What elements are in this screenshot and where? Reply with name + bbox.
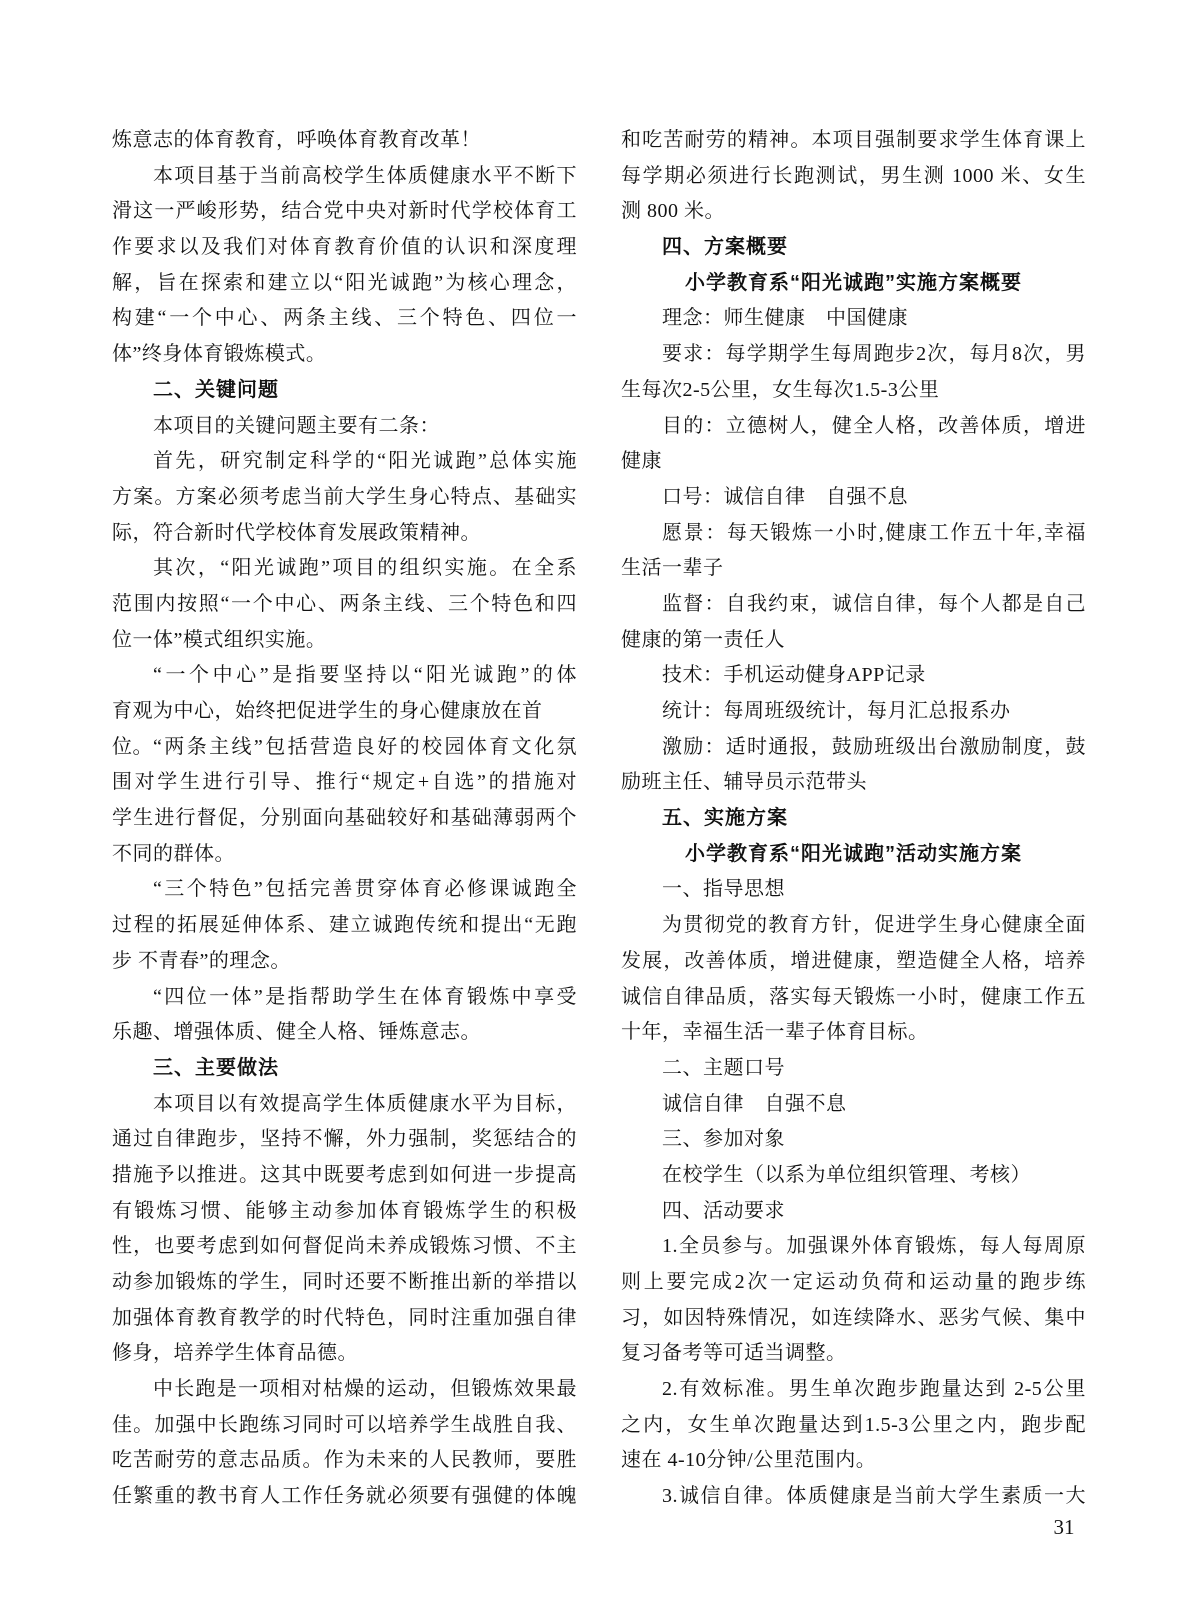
text-line-content: 本项目以有效提高学生体质健康水平为目标，: [153, 1093, 577, 1115]
page-number: 31: [1040, 1512, 1088, 1542]
text-line: 小学教育系“阳光诚跑”实施方案概要: [621, 266, 1086, 302]
text-line-content: 炼意志的体育教育，呼唤体育教育改革！: [112, 129, 481, 151]
text-line-content: 在校学生（以系为单位组织管理、考核）: [662, 1164, 1031, 1186]
text-line-content: 滑这一严峻形势，结合党中央对新时代学校体育工: [112, 200, 577, 222]
text-line-content: 一、指导思想: [662, 878, 785, 900]
text-line-content: 生活一辈子: [621, 557, 724, 579]
text-line-content: 生每次2-5公里，女生每次1.5-3公里: [621, 379, 939, 401]
text-line-content: 首先，研究制定科学的“阳光诚跑”总体实施: [153, 450, 577, 472]
text-line-content: 目的：立德树人，健全人格，改善体质，增进: [662, 415, 1086, 437]
text-line: 加强体育教育教学的时代特色，同时注重加强自律: [112, 1301, 577, 1337]
text-line-content: 二、主题口号: [662, 1057, 785, 1079]
text-line-content: 佳。加强中长跑练习同时可以培养学生战胜自我、: [112, 1414, 577, 1436]
text-line-content: 围对学生进行引导、推行“规定+自选”的措施对: [112, 771, 577, 793]
text-line-content: 修身，培养学生体育品德。: [112, 1342, 358, 1364]
text-line-content: 范围内按照“一个中心、两条主线、三个特色和四: [112, 593, 577, 615]
text-line: 健康的第一责任人: [621, 623, 1086, 659]
text-line-content: 不同的群体。: [112, 843, 235, 865]
text-line-content: 技术：手机运动健身APP记录: [662, 664, 926, 686]
text-line-content: 通过自律跑步，坚持不懈，外力强制，奖惩结合的: [112, 1128, 577, 1150]
text-line-content: 励班主任、辅导员示范带头: [621, 771, 867, 793]
text-line-content: 诚信自律品质，落实每天锻炼一小时，健康工作五: [621, 986, 1086, 1008]
text-line-content: 之内，女生单次跑量达到1.5-3公里之内，跑步配: [621, 1414, 1086, 1436]
text-line-content: 二、关键问题: [153, 379, 279, 401]
text-line-content: 则上要完成2次一定运动负荷和运动量的跑步练: [621, 1271, 1086, 1293]
text-line: 愿景：每天锻炼一小时,健康工作五十年,幸福: [621, 516, 1086, 552]
text-line: 五、实施方案: [621, 801, 1086, 837]
text-line-content: 诚信自律 自强不息: [662, 1093, 847, 1115]
text-line-content: 统计：每周班级统计，每月汇总报系办: [662, 700, 1011, 722]
text-line: “两条主线”包括营造良好的校园体育文化氛: [112, 730, 577, 766]
text-line: 范围内按照“一个中心、两条主线、三个特色和四: [112, 587, 577, 623]
text-line-content: 措施予以推进。这其中既要考虑到如何进一步提高: [112, 1164, 577, 1186]
text-line: 四、方案概要: [621, 230, 1086, 266]
text-line-content: 要求：每学期学生每周跑步2次，每月8次，男: [662, 343, 1086, 365]
text-line-content: 本项目基于当前高校学生体质健康水平不断下: [153, 165, 577, 187]
text-line-content: 作要求以及我们对体育教育价值的认识和深度理: [112, 236, 577, 258]
text-line: 十年，幸福生活一辈子体育目标。: [621, 1015, 1086, 1051]
text-line-content: 激励：适时通报，鼓励班级出台激励制度，鼓: [662, 736, 1086, 758]
text-line-content: 动参加锻炼的学生，同时还要不断推出新的举措以: [112, 1271, 577, 1293]
text-line-content: 愿景：每天锻炼一小时,健康工作五十年,幸福: [662, 522, 1086, 544]
text-line: 修身，培养学生体育品德。: [112, 1336, 577, 1372]
text-line-content: 学生进行督促，分别面向基础较好和基础薄弱两个: [112, 807, 577, 829]
text-line: 通过自律跑步，坚持不懈，外力强制，奖惩结合的: [112, 1122, 577, 1158]
left-column: 炼意志的体育教育，呼唤体育教育改革！ 本项目基于当前高校学生体质健康水平不断下 …: [112, 123, 577, 1515]
text-line: 健康: [621, 444, 1086, 480]
text-line: 为贯彻党的教育方针，促进学生身心健康全面: [621, 908, 1086, 944]
document-page: 炼意志的体育教育，呼唤体育教育改革！ 本项目基于当前高校学生体质健康水平不断下 …: [0, 0, 1191, 1616]
text-line: 本项目基于当前高校学生体质健康水平不断下: [112, 159, 577, 195]
text-line-content: 性，也要考虑到如何督促尚未养成锻炼习惯、不主: [112, 1235, 577, 1257]
text-line-content: 过程的拓展延伸体系、建立诚跑传统和提出“无跑: [112, 914, 577, 936]
text-line: 不同的群体。: [112, 837, 577, 873]
text-line-content: 为贯彻党的教育方针，促进学生身心健康全面: [662, 914, 1086, 936]
text-line: 四、活动要求: [621, 1194, 1086, 1230]
text-line: 有锻炼习惯、能够主动参加体育锻炼学生的积极: [112, 1194, 577, 1230]
right-column: 和吃苦耐劳的精神。本项目强制要求学生体育课上 每学期必须进行长跑测试，男生测 1…: [621, 123, 1086, 1515]
text-line-content: “一个中心”是指要坚持以“阳光诚跑”的体: [153, 664, 577, 686]
text-line: 炼意志的体育教育，呼唤体育教育改革！: [112, 123, 577, 159]
text-line: 措施予以推进。这其中既要考虑到如何进一步提高: [112, 1158, 577, 1194]
text-line: 生每次2-5公里，女生每次1.5-3公里: [621, 373, 1086, 409]
text-line: “三个特色”包括完善贯穿体育必修课诚跑全: [112, 872, 577, 908]
text-line-content: 1.全员参与。加强课外体育锻炼，每人每周原: [662, 1235, 1086, 1257]
text-line: 激励：适时通报，鼓励班级出台激励制度，鼓: [621, 730, 1086, 766]
text-line: 要求：每学期学生每周跑步2次，每月8次，男: [621, 337, 1086, 373]
text-line: 测 800 米。: [621, 194, 1086, 230]
text-line-content: “两条主线”包括营造良好的校园体育文化氛: [153, 736, 577, 758]
text-line: 励班主任、辅导员示范带头: [621, 765, 1086, 801]
text-line-content: 速在 4-10分钟/公里范围内。: [621, 1449, 876, 1471]
text-line: 解，旨在探索和建立以“阳光诚跑”为核心理念，: [112, 266, 577, 302]
text-line-content: 五、实施方案: [662, 807, 788, 829]
text-line: 佳。加强中长跑练习同时可以培养学生战胜自我、: [112, 1408, 577, 1444]
text-line: 滑这一严峻形势，结合党中央对新时代学校体育工: [112, 194, 577, 230]
text-line: 步 不青春”的理念。: [112, 944, 577, 980]
text-line: 2.有效标准。男生单次跑步跑量达到 2-5公里: [621, 1372, 1086, 1408]
text-line: 学生进行督促，分别面向基础较好和基础薄弱两个: [112, 801, 577, 837]
text-line: 诚信自律品质，落实每天锻炼一小时，健康工作五: [621, 980, 1086, 1016]
text-line: 三、参加对象: [621, 1122, 1086, 1158]
text-line: 小学教育系“阳光诚跑”活动实施方案: [621, 837, 1086, 873]
text-line-content: “四位一体”是指帮助学生在体育锻炼中享受: [153, 986, 577, 1008]
text-line: 性，也要考虑到如何督促尚未养成锻炼习惯、不主: [112, 1229, 577, 1265]
text-line-content: 测 800 米。: [621, 200, 725, 222]
text-line: 其次，“阳光诚跑”项目的组织实施。在全系: [112, 551, 577, 587]
text-line-content: 健康: [621, 450, 662, 472]
text-line-content: 本项目的关键问题主要有二条：: [153, 415, 440, 437]
text-line-content: 复习备考等可适当调整。: [621, 1342, 847, 1364]
text-line-content: 其次，“阳光诚跑”项目的组织实施。在全系: [153, 557, 577, 579]
text-line-content: 3.诚信自律。体质健康是当前大学生素质一大: [662, 1485, 1086, 1507]
text-line: 位一体”模式组织实施。: [112, 623, 577, 659]
text-line: 作要求以及我们对体育教育价值的认识和深度理: [112, 230, 577, 266]
text-line-content: 四、方案概要: [662, 236, 788, 258]
text-line: 乐趣、增强体质、健全人格、锤炼意志。: [112, 1015, 577, 1051]
text-line: 技术：手机运动健身APP记录: [621, 658, 1086, 694]
text-line: 发展，改善体质，增进健康，塑造健全人格，培养: [621, 944, 1086, 980]
text-line: 监督：自我约束，诚信自律，每个人都是自己: [621, 587, 1086, 623]
text-line: 3.诚信自律。体质健康是当前大学生素质一大: [621, 1479, 1086, 1515]
text-line: “四位一体”是指帮助学生在体育锻炼中享受: [112, 980, 577, 1016]
text-line-content: 口号：诚信自律 自强不息: [662, 486, 908, 508]
text-line-content: 十年，幸福生活一辈子体育目标。: [621, 1021, 929, 1043]
text-line: 目的：立德树人，健全人格，改善体质，增进: [621, 409, 1086, 445]
text-line: 理念：师生健康 中国健康: [621, 301, 1086, 337]
text-line: 方案。方案必须考虑当前大学生身心特点、基础实: [112, 480, 577, 516]
text-line-content: 乐趣、增强体质、健全人格、锤炼意志。: [112, 1021, 481, 1043]
text-line-content: “三个特色”包括完善贯穿体育必修课诚跑全: [153, 878, 577, 900]
text-line: 口号：诚信自律 自强不息: [621, 480, 1086, 516]
text-line: 二、关键问题: [112, 373, 577, 409]
text-line: 每学期必须进行长跑测试，男生测 1000 米、女生: [621, 159, 1086, 195]
text-line-content: 际，符合新时代学校体育发展政策精神。: [112, 522, 481, 544]
text-line: 过程的拓展延伸体系、建立诚跑传统和提出“无跑: [112, 908, 577, 944]
text-line-content: 和吃苦耐劳的精神。本项目强制要求学生体育课上: [621, 129, 1086, 151]
text-line-content: 小学教育系“阳光诚跑”实施方案概要: [685, 272, 1022, 294]
text-line: 速在 4-10分钟/公里范围内。: [621, 1443, 1086, 1479]
text-line-content: 每学期必须进行长跑测试，男生测 1000 米、女生: [621, 165, 1086, 187]
text-line: 诚信自律 自强不息: [621, 1087, 1086, 1123]
text-line: 生活一辈子: [621, 551, 1086, 587]
text-line: 则上要完成2次一定运动负荷和运动量的跑步练: [621, 1265, 1086, 1301]
text-line-content: 小学教育系“阳光诚跑”活动实施方案: [685, 843, 1022, 865]
text-line-content: 中长跑是一项相对枯燥的运动，但锻炼效果最: [153, 1378, 577, 1400]
text-line-content: 理念：师生健康 中国健康: [662, 307, 908, 329]
text-line-content: 有锻炼习惯、能够主动参加体育锻炼学生的积极: [112, 1200, 577, 1222]
text-line: 育观为中心，始终把促进学生的身心健康放在首位。: [112, 694, 577, 730]
text-line-content: 三、参加对象: [662, 1128, 785, 1150]
text-line-content: 方案。方案必须考虑当前大学生身心特点、基础实: [112, 486, 577, 508]
text-line-content: 发展，改善体质，增进健康，塑造健全人格，培养: [621, 950, 1086, 972]
text-line: 在校学生（以系为单位组织管理、考核）: [621, 1158, 1086, 1194]
text-line: 本项目的关键问题主要有二条：: [112, 409, 577, 445]
text-line-content: 健康的第一责任人: [621, 629, 785, 651]
text-line: 一、指导思想: [621, 872, 1086, 908]
text-line-content: 加强体育教育教学的时代特色，同时注重加强自律: [112, 1307, 577, 1329]
text-line: 二、主题口号: [621, 1051, 1086, 1087]
text-line-content: 2.有效标准。男生单次跑步跑量达到 2-5公里: [662, 1378, 1086, 1400]
text-line-content: 位一体”模式组织实施。: [112, 629, 326, 651]
text-line: 和吃苦耐劳的精神。本项目强制要求学生体育课上: [621, 123, 1086, 159]
text-line-content: 任繁重的教书育人工作任务就必须要有强健的体魄: [112, 1485, 577, 1507]
text-line: 复习备考等可适当调整。: [621, 1336, 1086, 1372]
text-line-content: 步 不青春”的理念。: [112, 950, 291, 972]
text-line-content: 四、活动要求: [662, 1200, 785, 1222]
text-line: 体”终身体育锻炼模式。: [112, 337, 577, 373]
text-line: 中长跑是一项相对枯燥的运动，但锻炼效果最: [112, 1372, 577, 1408]
text-line: 动参加锻炼的学生，同时还要不断推出新的举措以: [112, 1265, 577, 1301]
text-line: 首先，研究制定科学的“阳光诚跑”总体实施: [112, 444, 577, 480]
text-line: 任繁重的教书育人工作任务就必须要有强健的体魄: [112, 1479, 577, 1515]
text-line: 本项目以有效提高学生体质健康水平为目标，: [112, 1087, 577, 1123]
text-line: 习，如因特殊情况，如连续降水、恶劣气候、集中: [621, 1301, 1086, 1337]
text-line: 三、主要做法: [112, 1051, 577, 1087]
text-line-content: 解，旨在探索和建立以“阳光诚跑”为核心理念，: [112, 272, 577, 294]
text-line-content: 三、主要做法: [153, 1057, 279, 1079]
text-line: 1.全员参与。加强课外体育锻炼，每人每周原: [621, 1229, 1086, 1265]
text-line-content: 习，如因特殊情况，如连续降水、恶劣气候、集中: [621, 1307, 1086, 1329]
text-line: 之内，女生单次跑量达到1.5-3公里之内，跑步配: [621, 1408, 1086, 1444]
text-line: “一个中心”是指要坚持以“阳光诚跑”的体: [112, 658, 577, 694]
text-line-content: 吃苦耐劳的意志品质。作为未来的人民教师，要胜: [112, 1449, 577, 1471]
text-line-content: 构建“一个中心、两条主线、三个特色、四位一: [112, 307, 577, 329]
text-line-content: 体”终身体育锻炼模式。: [112, 343, 326, 365]
text-line: 统计：每周班级统计，每月汇总报系办: [621, 694, 1086, 730]
text-line-content: 监督：自我约束，诚信自律，每个人都是自己: [662, 593, 1086, 615]
text-line: 围对学生进行引导、推行“规定+自选”的措施对: [112, 765, 577, 801]
text-line: 吃苦耐劳的意志品质。作为未来的人民教师，要胜: [112, 1443, 577, 1479]
text-line: 际，符合新时代学校体育发展政策精神。: [112, 516, 577, 552]
text-line: 构建“一个中心、两条主线、三个特色、四位一: [112, 301, 577, 337]
